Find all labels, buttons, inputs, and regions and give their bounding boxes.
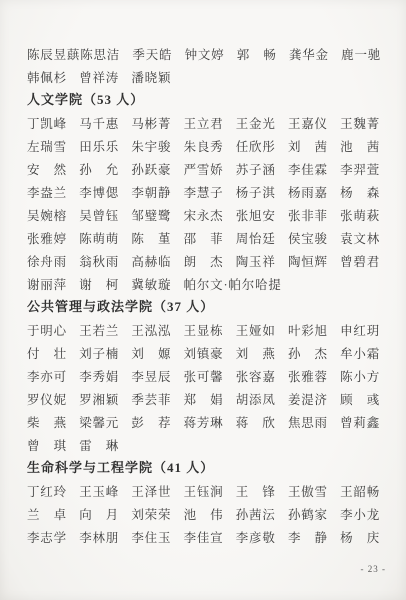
name-row: 安 然孙 允孙跃豪严雪娇苏子涵李佳霖李羿萱 (27, 157, 394, 180)
student-name: 叶彩旭 (288, 321, 340, 339)
student-name: 刘镇豪 (184, 344, 236, 362)
student-name: 李 静 (288, 528, 340, 546)
student-name: 王嘉仪 (288, 114, 340, 132)
student-name: 李博偲 (79, 183, 131, 201)
student-name: 李昱辰 (131, 367, 183, 385)
name-row: 谢丽萍谢 柯冀敏璇帕尔文·帕尔哈提 (27, 272, 394, 295)
student-name: 梁馨元 (79, 413, 131, 431)
student-name: 于明心 (27, 321, 79, 339)
name-row: 付 壮刘子楠刘 嫄刘镇豪刘 燕孙 杰牟小霜 (27, 341, 394, 364)
name-row: 兰 卓向 月刘荣荣池 伟孙茜沄孙鹤家李小龙 (27, 502, 394, 525)
student-name: 王显栋 (184, 321, 236, 339)
student-name: 朗 杰 (184, 252, 236, 270)
student-name: 左瑞雪 (27, 137, 79, 155)
student-name: 杨子淇 (236, 183, 288, 201)
student-name: 王韶畅 (340, 482, 392, 500)
student-name: 姜湜济 (288, 390, 340, 408)
student-name: 宋永杰 (184, 206, 236, 224)
student-name: 张非菲 (288, 206, 340, 224)
student-name: 陈小方 (340, 367, 392, 385)
student-name: 季芸菲 (131, 390, 183, 408)
student-name: 李羿萱 (340, 160, 392, 178)
student-name: 李志学 (27, 528, 79, 546)
student-name: 钟文婷 (185, 45, 237, 63)
student-name: 翁秋雨 (79, 252, 131, 270)
student-name: 李秀娟 (79, 367, 131, 385)
name-row: 于明心王若兰王泓泓王显栋王娅如叶彩旭申红玥 (27, 318, 394, 341)
student-name: 张旭安 (236, 206, 288, 224)
name-row: 李亦可李秀娟李昱辰张可馨张容嘉张雅蓉陈小方 (27, 364, 394, 387)
student-name: 付 壮 (27, 344, 79, 362)
student-name: 冀敏璇 (131, 275, 183, 293)
student-name: 陶恒辉 (288, 252, 340, 270)
student-name: 王娅如 (236, 321, 288, 339)
student-name: 刘荣荣 (131, 505, 183, 523)
student-name: 徐舟雨 (27, 252, 79, 270)
student-name: 张可馨 (184, 367, 236, 385)
student-name: 焦思雨 (288, 413, 340, 431)
student-name: 任欣彤 (236, 137, 288, 155)
student-name: 王泽世 (131, 482, 183, 500)
document-page: 陈辰昱蕻陈思洁季天皓钟文婷郭 畅龚华金鹿一驰韩佩杉曾祥涛潘晓颖人文学院（53 人… (0, 0, 406, 600)
student-name: 蒋芳琳 (184, 413, 236, 431)
student-name: 李慧子 (184, 183, 236, 201)
student-name: 王若兰 (79, 321, 131, 339)
section-title: 人文学院（53 人） (27, 88, 394, 111)
student-name: 李盎兰 (27, 183, 79, 201)
student-name: 李亦可 (27, 367, 79, 385)
student-name: 朱宇骏 (131, 137, 183, 155)
name-row: 丁红玲王玉峰王泽世王钰涧王 锋王傲雪王韶畅 (27, 479, 394, 502)
student-name: 吴婉榕 (27, 206, 79, 224)
student-name: 严雪娇 (184, 160, 236, 178)
student-name: 谢丽萍 (27, 275, 79, 293)
student-name: 张雅蓉 (288, 367, 340, 385)
student-name: 柴 燕 (27, 413, 79, 431)
student-name: 彭 荐 (131, 413, 183, 431)
student-name: 刘子楠 (79, 344, 131, 362)
student-name: 陈思洁 (80, 45, 132, 63)
student-name: 丁红玲 (27, 482, 79, 500)
student-name: 帕尔文·帕尔哈提 (184, 275, 282, 293)
student-name: 刘 茜 (288, 137, 340, 155)
student-name: 李住玉 (131, 528, 183, 546)
student-name: 马彬菁 (131, 114, 183, 132)
student-name: 罗仪妮 (27, 390, 79, 408)
student-name: 李佳宣 (184, 528, 236, 546)
student-name: 谢 柯 (79, 275, 131, 293)
student-name: 田乐乐 (79, 137, 131, 155)
student-name: 吴曾钰 (79, 206, 131, 224)
student-name: 陶玉祥 (236, 252, 288, 270)
student-name: 周怡廷 (236, 229, 288, 247)
student-name: 向 月 (79, 505, 131, 523)
student-name: 李朝静 (131, 183, 183, 201)
student-name: 韩佩杉 (27, 68, 79, 86)
student-name: 李林朋 (79, 528, 131, 546)
student-name: 李彦敬 (236, 528, 288, 546)
student-name: 罗湘颖 (79, 390, 131, 408)
student-name: 杨雨嘉 (288, 183, 340, 201)
student-name: 池 伟 (184, 505, 236, 523)
student-name: 王金光 (236, 114, 288, 132)
student-name: 陈萌萌 (79, 229, 131, 247)
student-name: 季天皓 (132, 45, 184, 63)
student-name: 陈 堇 (131, 229, 183, 247)
page-number: - 23 - (361, 564, 387, 574)
student-name: 鹿一驰 (341, 45, 393, 63)
student-name: 马千惠 (79, 114, 131, 132)
student-name: 曾 琪 (27, 436, 79, 454)
name-list-content: 陈辰昱蕻陈思洁季天皓钟文婷郭 畅龚华金鹿一驰韩佩杉曾祥涛潘晓颖人文学院（53 人… (27, 42, 394, 548)
student-name: 刘 燕 (236, 344, 288, 362)
student-name: 邵 菲 (184, 229, 236, 247)
student-name: 安 然 (27, 160, 79, 178)
name-row: 柴 燕梁馨元彭 荐蒋芳琳蒋 欣焦思雨曾莉鑫 (27, 410, 394, 433)
student-name: 顾 彧 (340, 390, 392, 408)
student-name: 丁凯峰 (27, 114, 79, 132)
name-row: 李志学李林朋李住玉李佳宣李彦敬李 静杨 庆 (27, 525, 394, 548)
student-name: 曾碧君 (340, 252, 392, 270)
student-name: 孙 允 (79, 160, 131, 178)
name-row: 陈辰昱蕻陈思洁季天皓钟文婷郭 畅龚华金鹿一驰 (27, 42, 394, 65)
student-name: 郑 娟 (184, 390, 236, 408)
student-name: 张容嘉 (236, 367, 288, 385)
student-name: 牟小霜 (340, 344, 392, 362)
section-title: 公共管理与政法学院（37 人） (27, 295, 394, 318)
student-name: 李小龙 (340, 505, 392, 523)
student-name: 龚华金 (289, 45, 341, 63)
student-name: 胡添凤 (236, 390, 288, 408)
student-name: 孙茜沄 (236, 505, 288, 523)
student-name: 刘 嫄 (131, 344, 183, 362)
student-name: 池 茜 (340, 137, 392, 155)
section-title: 生命科学与工程学院（41 人） (27, 456, 394, 479)
name-row: 吴婉榕吴曾钰邹璧鹭宋永杰张旭安张非菲张萌萩 (27, 203, 394, 226)
student-name: 潘晓颖 (131, 68, 183, 86)
student-name: 曾莉鑫 (340, 413, 392, 431)
student-name: 张萌萩 (340, 206, 392, 224)
student-name: 杨 庆 (340, 528, 392, 546)
student-name: 苏子涵 (236, 160, 288, 178)
student-name: 张雅婷 (27, 229, 79, 247)
name-row: 罗仪妮罗湘颖季芸菲郑 娟胡添凤姜湜济顾 彧 (27, 387, 394, 410)
student-name: 邹璧鹭 (131, 206, 183, 224)
student-name: 申红玥 (340, 321, 392, 339)
student-name: 孙鹤家 (288, 505, 340, 523)
student-name: 王立君 (184, 114, 236, 132)
student-name: 曾祥涛 (79, 68, 131, 86)
student-name: 王傲雪 (288, 482, 340, 500)
name-row: 徐舟雨翁秋雨高赫临朗 杰陶玉祥陶恒辉曾碧君 (27, 249, 394, 272)
student-name: 陈辰昱蕻 (27, 45, 80, 63)
student-name: 孙 杰 (288, 344, 340, 362)
student-name: 袁文林 (340, 229, 392, 247)
student-name: 杨 森 (340, 183, 392, 201)
name-row: 李盎兰李博偲李朝静李慧子杨子淇杨雨嘉杨 森 (27, 180, 394, 203)
student-name: 孙跃豪 (131, 160, 183, 178)
student-name: 兰 卓 (27, 505, 79, 523)
student-name: 雷 琳 (79, 436, 131, 454)
student-name: 王钰涧 (184, 482, 236, 500)
student-name: 朱良秀 (184, 137, 236, 155)
student-name: 李佳霖 (288, 160, 340, 178)
name-row: 丁凯峰马千惠马彬菁王立君王金光王嘉仪王魏菁 (27, 111, 394, 134)
name-row: 曾 琪雷 琳 (27, 433, 394, 456)
student-name: 侯宝骏 (288, 229, 340, 247)
student-name: 蒋 欣 (236, 413, 288, 431)
name-row: 韩佩杉曾祥涛潘晓颖 (27, 65, 394, 88)
student-name: 高赫临 (131, 252, 183, 270)
name-row: 左瑞雪田乐乐朱宇骏朱良秀任欣彤刘 茜池 茜 (27, 134, 394, 157)
student-name: 王玉峰 (79, 482, 131, 500)
student-name: 王 锋 (236, 482, 288, 500)
name-row: 张雅婷陈萌萌陈 堇邵 菲周怡廷侯宝骏袁文林 (27, 226, 394, 249)
student-name: 王泓泓 (131, 321, 183, 339)
student-name: 郭 畅 (237, 45, 289, 63)
student-name: 王魏菁 (340, 114, 392, 132)
